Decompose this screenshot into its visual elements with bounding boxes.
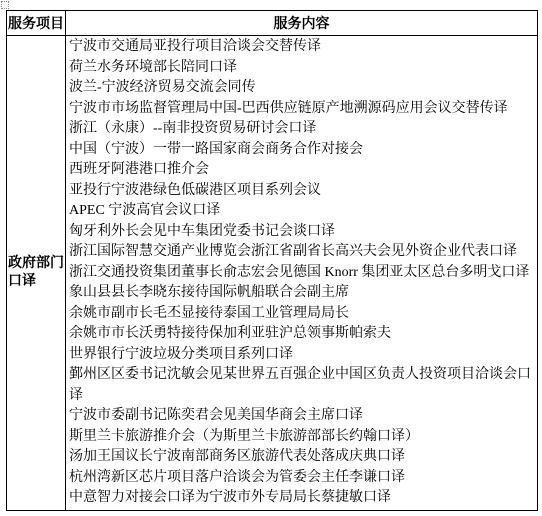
table-row: 政府部门口译 宁波市交通局亚投行项目洽谈会交替传译 荷兰水务环境部长陪同口译 波…	[7, 36, 538, 511]
service-item: 浙江交通投资集团董事长俞志宏会见德国 Knorr 集团亚太区总台多明戈口译	[69, 263, 537, 284]
service-content-cell: 宁波市交通局亚投行项目洽谈会交替传译 荷兰水务环境部长陪同口译 波兰-宁波经济贸…	[66, 36, 538, 511]
services-table: 服务项目 服务内容 政府部门口译 宁波市交通局亚投行项目洽谈会交替传译 荷兰水务…	[6, 10, 538, 511]
table-move-handle-icon[interactable]	[1, 1, 9, 9]
service-item: 浙江（永康）--南非投资贸易研讨会口译	[69, 119, 537, 140]
service-item: 余姚市副市长毛丕显接待泰国工业管理局局长	[69, 304, 537, 325]
service-item: 汤加王国议长宁波南部商务区旅游代表处落成庆典口译	[69, 447, 537, 468]
service-item: 波兰-宁波经济贸易交流会同传	[69, 78, 537, 99]
service-item: 斯里兰卡旅游推介会（为斯里兰卡旅游部部长约翰口译）	[69, 427, 537, 448]
service-item: 中意智力对接会口译为宁波市外专局局长蔡捷敏口译	[69, 488, 537, 509]
service-item: 中国（宁波）一带一路国家商会商务合作对接会	[69, 140, 537, 161]
service-item: 鄞州区区委书记沈敏会见某世界五百强企业中国区负责人投资项目洽谈会口译	[69, 365, 537, 406]
service-item: 西班牙阿港港口推介会	[69, 160, 537, 181]
service-item: 荷兰水务环境部长陪同口译	[69, 58, 537, 79]
service-item: 宁波市交通局亚投行项目洽谈会交替传译	[69, 37, 537, 58]
service-item: 宁波市市场监督管理局中国-巴西供应链原产地溯源码应用会议交替传译	[69, 99, 537, 120]
col-header-service-content: 服务内容	[66, 11, 538, 36]
service-item: 匈牙利外长会见中车集团党委书记会谈口译	[69, 222, 537, 243]
category-cell: 政府部门口译	[7, 36, 66, 511]
service-item: 亚投行宁波港绿色低碳港区项目系列会议	[69, 181, 537, 202]
col-header-service-item: 服务项目	[7, 11, 66, 36]
service-item: 杭州湾新区芯片项目落户洽谈会为管委会主任李谦口译	[69, 468, 537, 489]
service-item: 浙江国际智慧交通产业博览会浙江省副省长高兴夫会见外资企业代表口译	[69, 242, 537, 263]
service-item: 余姚市市长沃勇特接待保加利亚驻沪总领事斯帕索夫	[69, 324, 537, 345]
service-item: 象山县县长李晓东接待国际帆船联合会副主席	[69, 283, 537, 304]
service-item: 世界银行宁波垃圾分类项目系列口译	[69, 345, 537, 366]
service-item: 宁波市委副书记陈奕君会见美国华商会主席口译	[69, 406, 537, 427]
header-row: 服务项目 服务内容	[7, 11, 538, 36]
service-item: APEC 宁波高官会议口译	[69, 201, 537, 222]
